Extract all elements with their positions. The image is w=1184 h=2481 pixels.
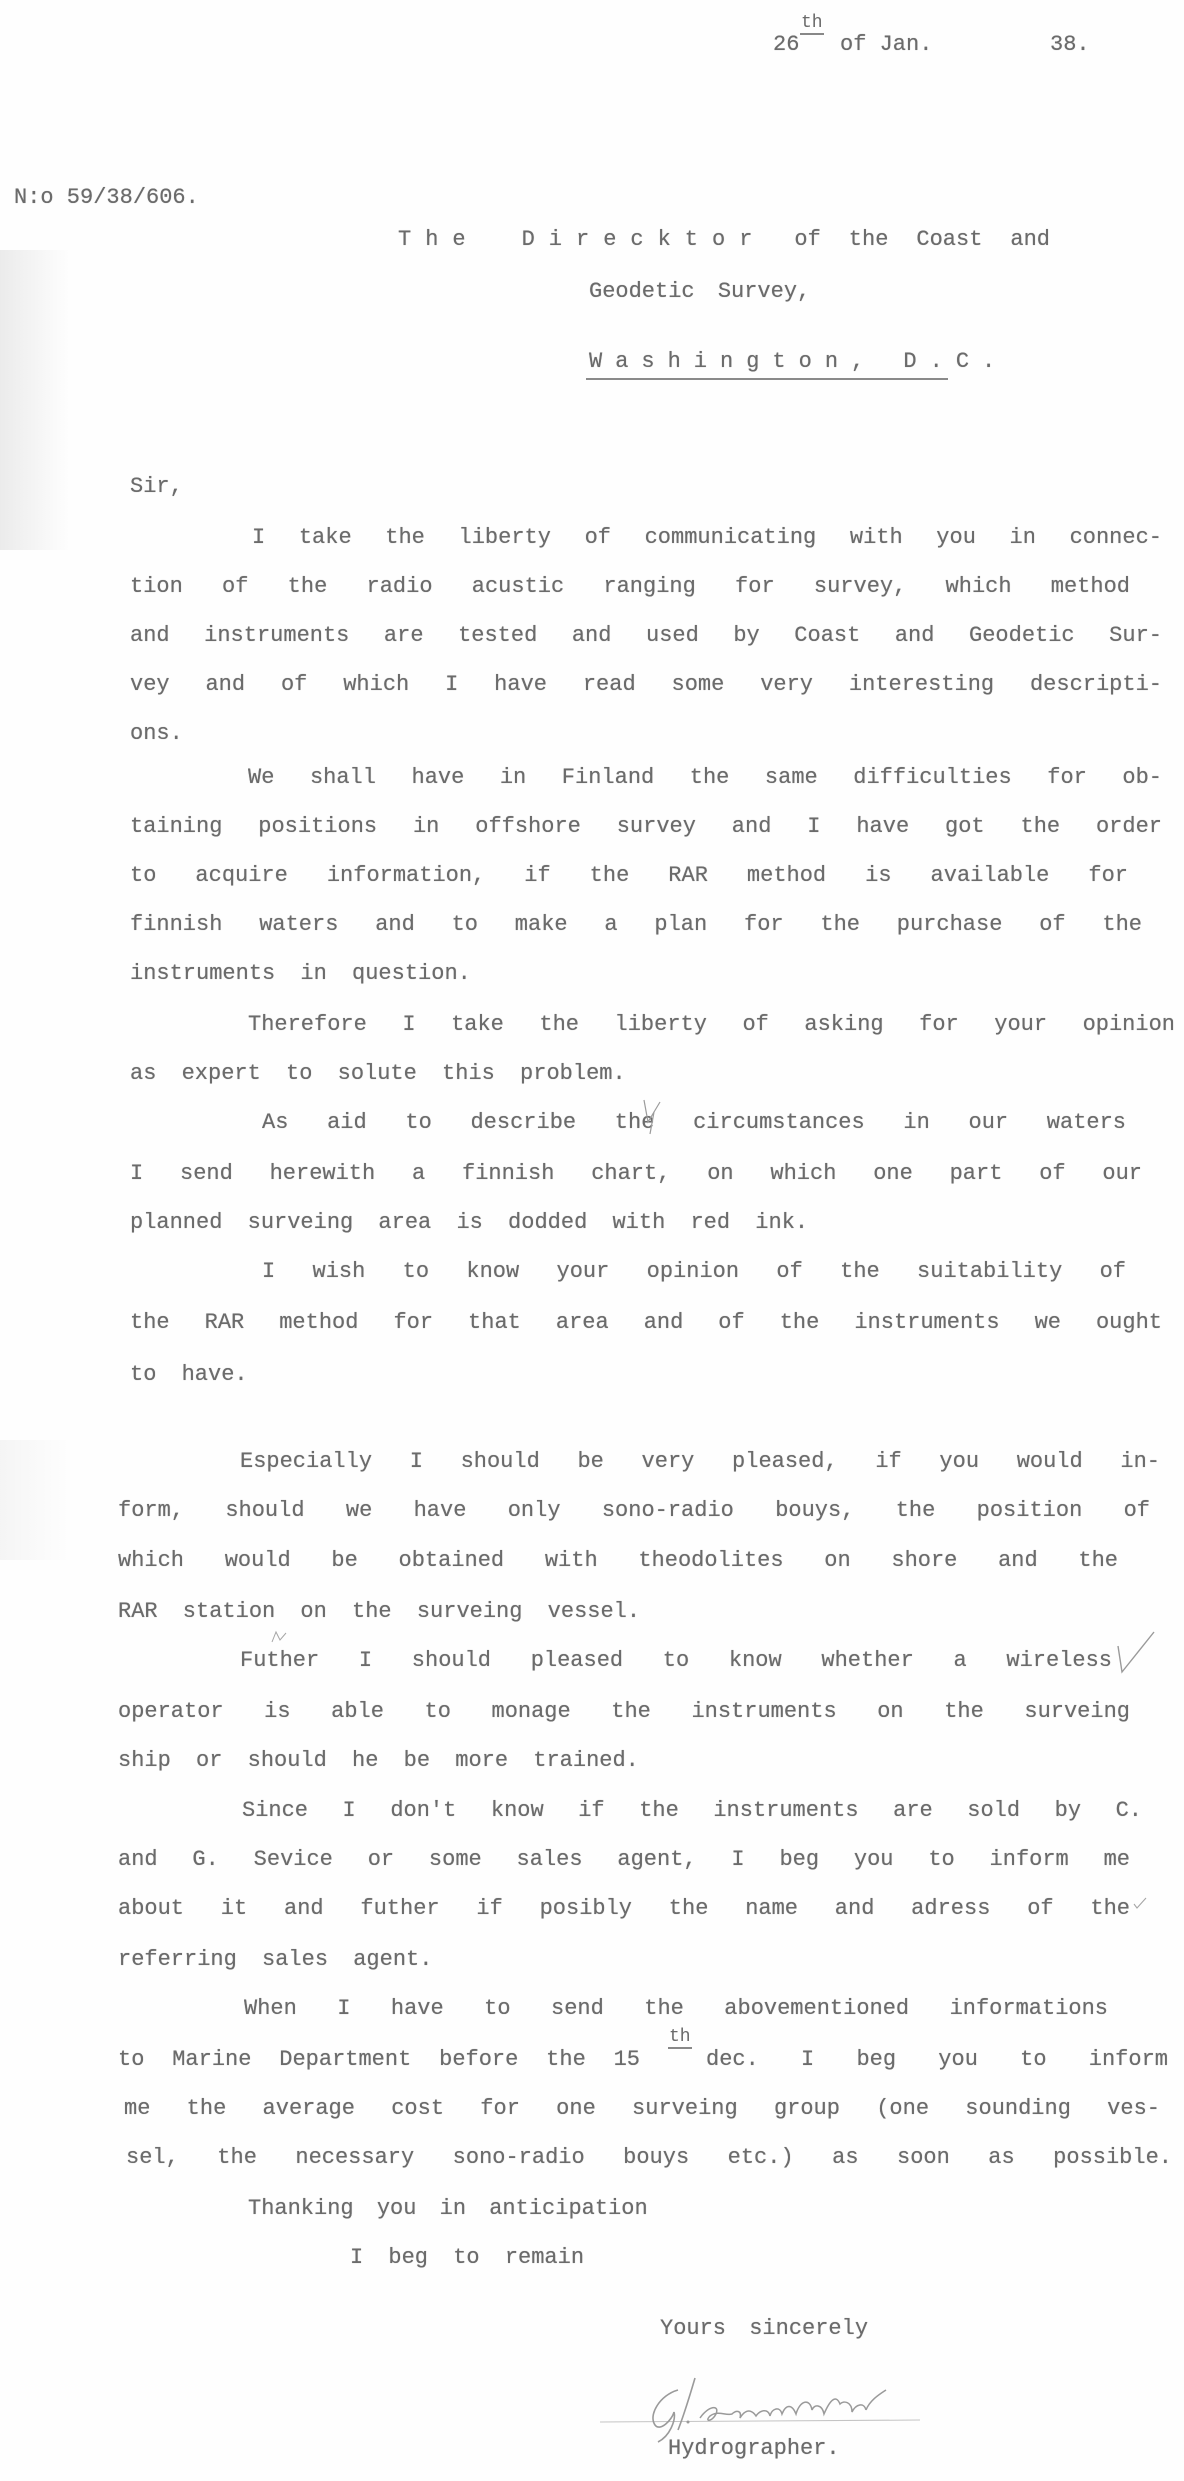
body-line: as expert to solute this problem. — [130, 1059, 626, 1089]
margin-checkmark-small-icon — [1132, 1895, 1148, 1911]
body-line: Therefore I take the liberty of asking f… — [248, 1010, 1175, 1040]
closing-remain: I beg to remain — [350, 2243, 584, 2273]
scan-smudge — [0, 250, 70, 550]
body-line: to acquire information, if the RAR metho… — [130, 861, 1128, 891]
addressee-title: The Direcktor — [398, 227, 766, 252]
addressee-line-2: Geodetic Survey, — [589, 277, 810, 307]
addressee-city: Washington, D.C. — [589, 347, 1008, 377]
body-line: vey and of which I have read some very i… — [130, 670, 1162, 700]
body-line: instruments in question. — [130, 959, 471, 989]
letter-page: 26 th of Jan. 38. N:o 59/38/606. The Dir… — [0, 0, 1184, 2481]
body-line: ship or should he be more trained. — [118, 1746, 639, 1776]
body-line: about it and futher if posibly the name … — [118, 1894, 1130, 1924]
body-line: Since I don't know if the instruments ar… — [242, 1796, 1142, 1826]
body-line: and G. Sevice or some sales agent, I beg… — [118, 1845, 1130, 1875]
body-line: which would be obtained with theodolites… — [118, 1546, 1118, 1576]
body-line: Futher I should pleased to know whether … — [240, 1646, 1112, 1676]
closing-sincerely: Yours sincerely — [660, 2314, 868, 2344]
body-line: RAR station on the surveing vessel. — [118, 1597, 640, 1627]
body-line: We shall have in Finland the same diffic… — [248, 763, 1162, 793]
salutation: Sir, — [130, 472, 183, 502]
body-line: tion of the radio acustic ranging for su… — [130, 572, 1130, 602]
reference-number: N:o 59/38/606. — [14, 183, 199, 213]
body-line: the RAR method for that area and of the … — [130, 1308, 1162, 1338]
margin-checkmark-icon — [1114, 1630, 1158, 1676]
pencil-correction-mark — [640, 1098, 670, 1138]
date-year: 38. — [1050, 30, 1090, 60]
addressee-city-underline — [586, 378, 948, 380]
pencil-caret-mark — [270, 1630, 290, 1644]
date-suffix: th — [800, 14, 824, 35]
deadline-suffix: th — [668, 2028, 692, 2049]
scan-smudge — [0, 1440, 70, 1560]
body-line: I take the liberty of communicating with… — [252, 523, 1162, 553]
body-line: Especially I should be very pleased, if … — [240, 1447, 1160, 1477]
body-line: referring sales agent. — [118, 1945, 432, 1975]
closing-thanks: Thanking you in anticipation — [248, 2194, 648, 2224]
body-line: operator is able to monage the instrumen… — [118, 1697, 1130, 1727]
body-line: As aid to describe the circumstances in … — [262, 1108, 1126, 1138]
addressee-line-1: The Direcktor of the Coast and — [398, 225, 1050, 255]
deadline-continuation: dec. I beg you to inform — [706, 2045, 1168, 2075]
date-day: 26 — [773, 30, 799, 60]
body-line: sel, the necessary sono-radio bouys etc.… — [126, 2143, 1172, 2173]
body-line: finnish waters and to make a plan for th… — [130, 910, 1142, 940]
body-line: planned surveing area is dodded with red… — [130, 1208, 808, 1238]
body-line: I send herewith a finnish chart, on whic… — [130, 1159, 1142, 1189]
date-month: of Jan. — [840, 30, 932, 60]
body-line: me the average cost for one surveing gro… — [124, 2094, 1160, 2124]
body-line: I wish to know your opinion of the suita… — [262, 1257, 1126, 1287]
body-line: to Marine Department before the 15 — [118, 2045, 640, 2075]
body-line: ons. — [130, 719, 183, 749]
body-line: taining positions in offshore survey and… — [130, 812, 1162, 842]
body-line: to have. — [130, 1360, 248, 1390]
signatory-title: Hydrographer. — [668, 2434, 840, 2464]
body-line: When I have to send the abovementioned i… — [244, 1994, 1108, 2024]
body-line: and instruments are tested and used by C… — [130, 621, 1162, 651]
body-line: form, should we have only sono-radio bou… — [118, 1496, 1150, 1526]
